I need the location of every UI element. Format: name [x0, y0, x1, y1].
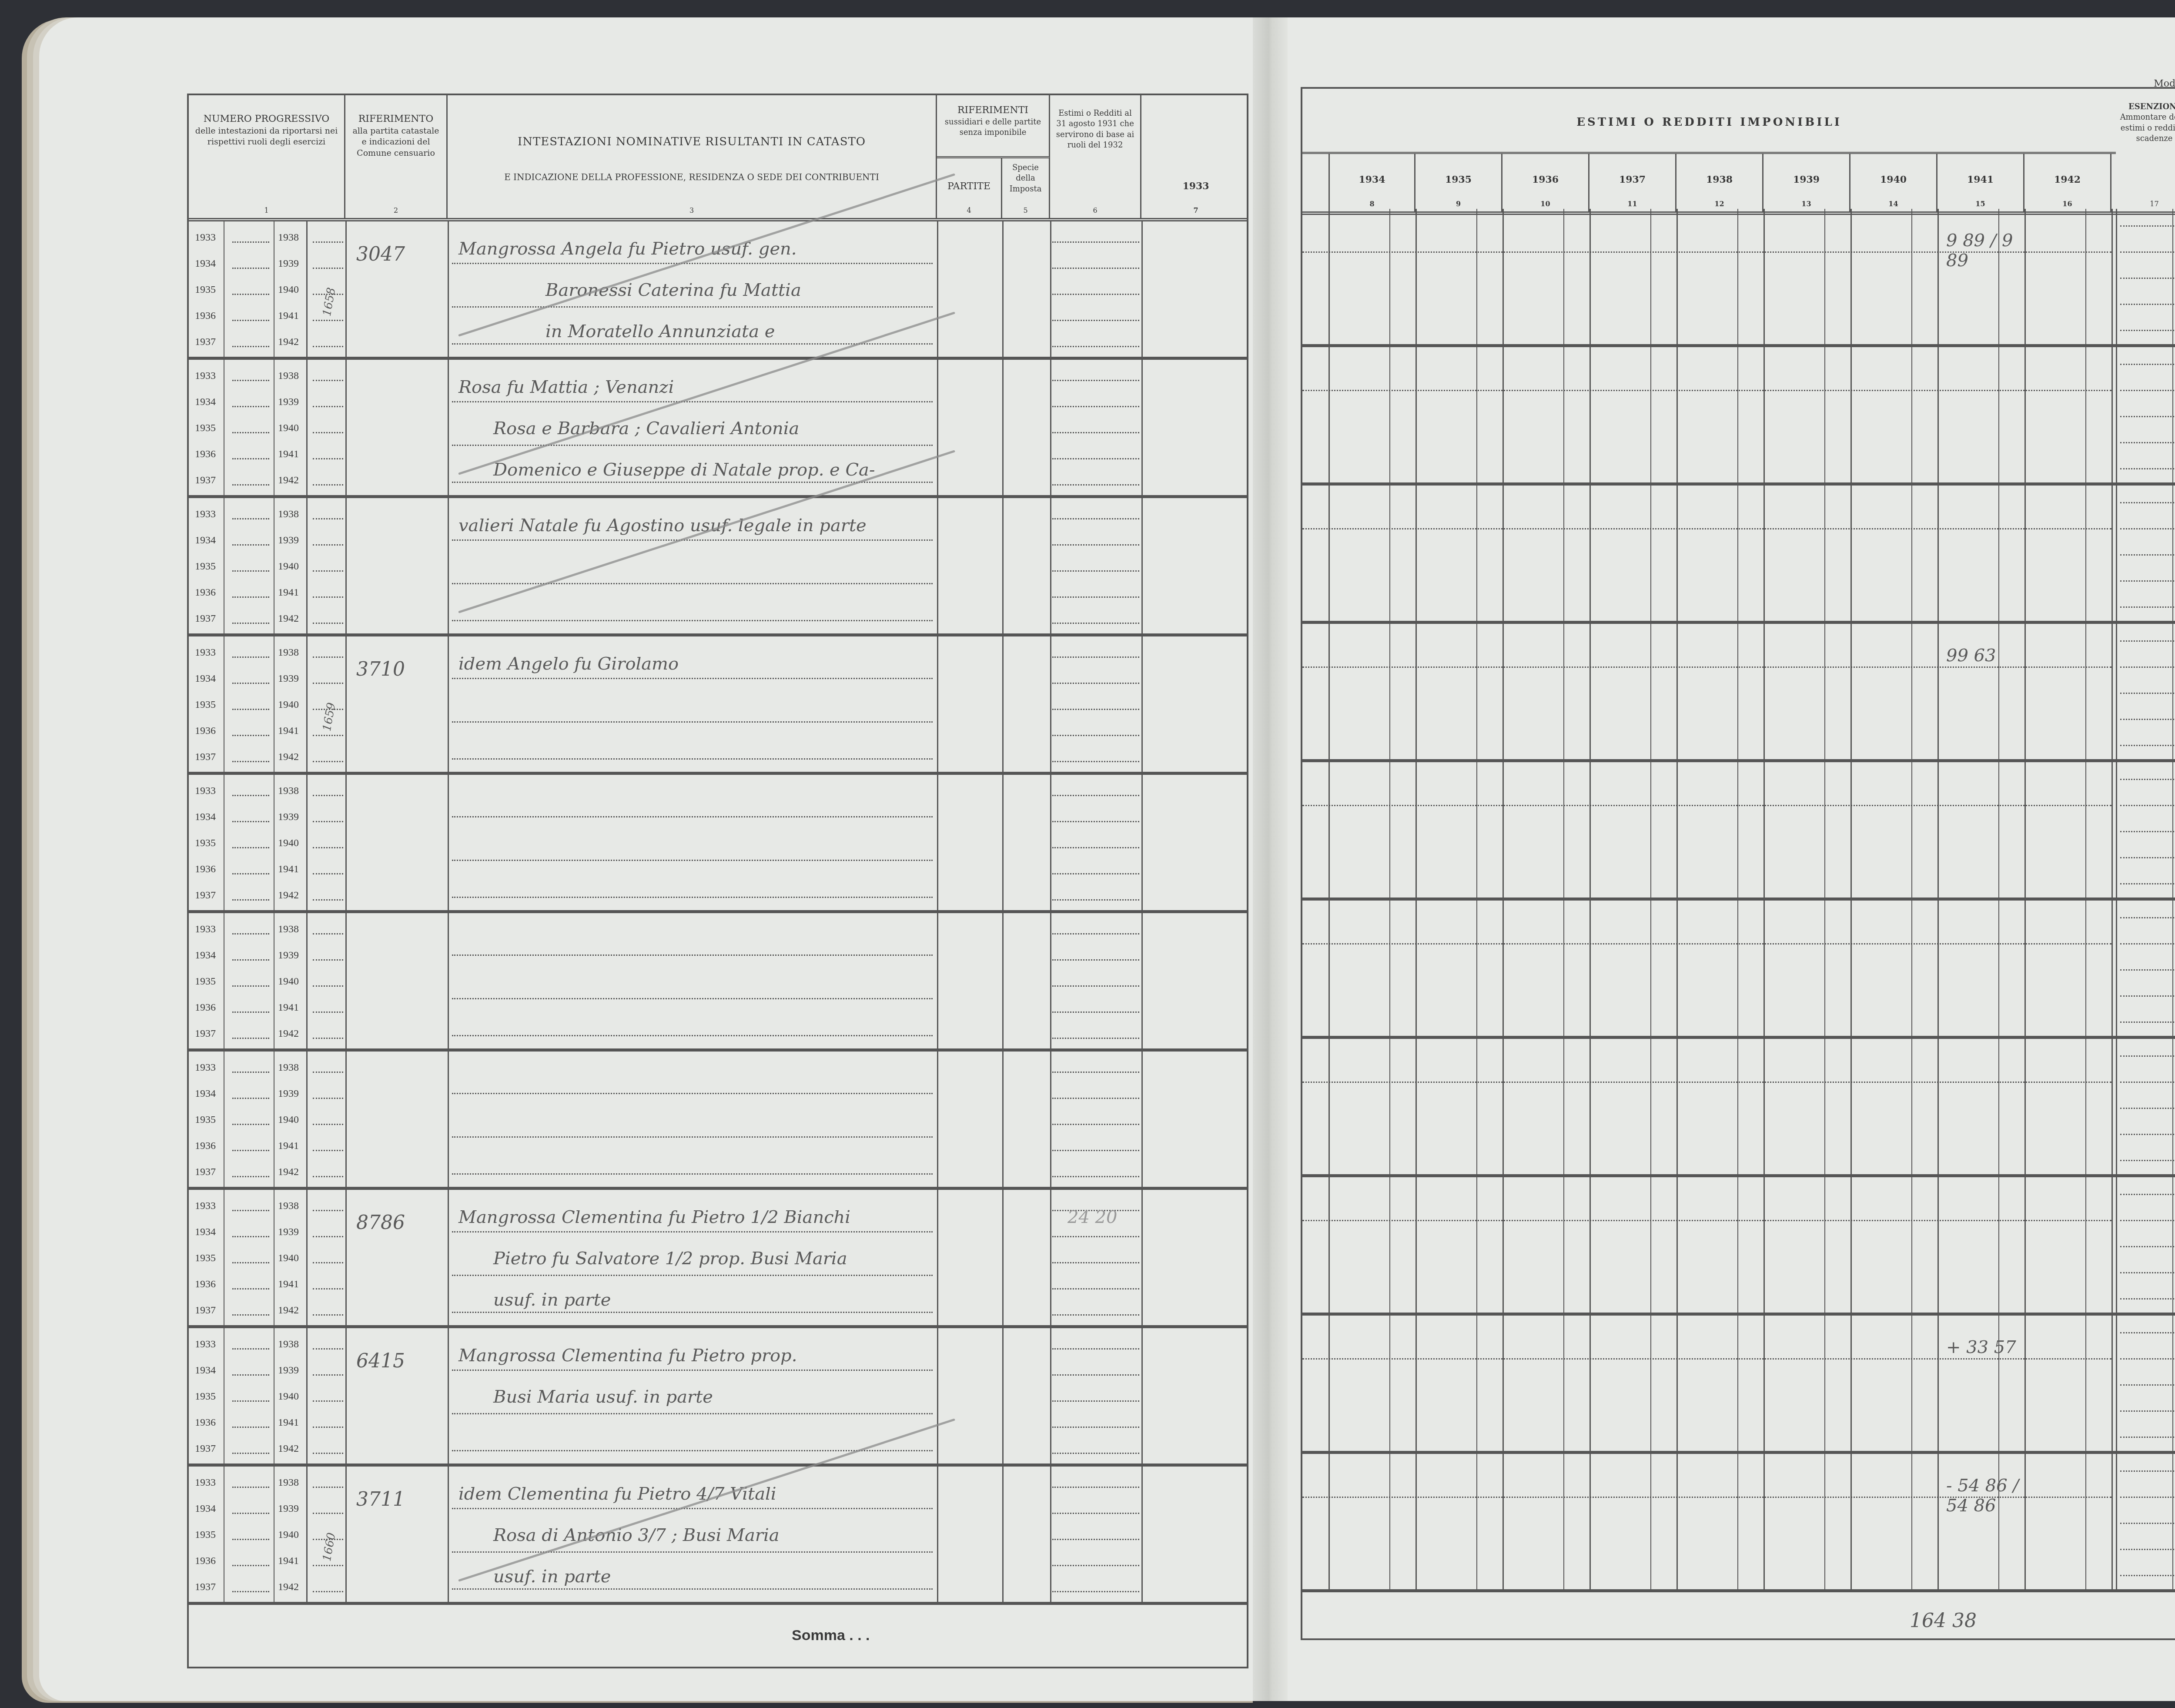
column-divider: [1763, 347, 1765, 482]
column-divider: [224, 775, 224, 910]
column-divider: [1676, 209, 1678, 344]
header-esenzioni: ESENZIONI Ammontare degli estimi o reddi…: [2116, 89, 2175, 211]
dotted-rule: [313, 873, 343, 874]
year-label: 1940: [1850, 174, 1936, 187]
column-divider: [1850, 1316, 1852, 1451]
column-divider: [1328, 1316, 1330, 1451]
dotted-rule: [232, 1348, 269, 1350]
year-to: 1939: [278, 1226, 299, 1238]
dotted-rule: [232, 1539, 269, 1540]
cents-divider: [2172, 1039, 2173, 1174]
column-divider: [937, 360, 938, 495]
cents-divider: [1650, 901, 1651, 1036]
column-divider: [1415, 624, 1417, 759]
dotted-rule: [1052, 432, 1139, 433]
dotted-rule: [232, 1262, 269, 1263]
dotted-rule: [452, 1093, 933, 1094]
column-divider: [1050, 1328, 1051, 1464]
year-to: 1940: [278, 1529, 299, 1541]
year-from: 1933: [195, 1200, 216, 1212]
dotted-rule: [313, 1487, 343, 1488]
cents-divider: [2085, 901, 2086, 1036]
dotted-rule: [1052, 484, 1139, 486]
dotted-rule: [2120, 606, 2175, 608]
dotted-rule: [1302, 805, 2111, 806]
year-from: 1935: [195, 1253, 216, 1264]
dotted-rule: [2120, 1021, 2175, 1023]
dotted-rule: [2120, 1575, 2175, 1576]
dotted-rule: [1052, 709, 1139, 710]
column-divider: [937, 1052, 938, 1187]
cents-divider: [1824, 624, 1825, 759]
dotted-rule: [1052, 320, 1139, 321]
dotted-rule: [1302, 390, 2111, 391]
column-number: 16: [2024, 199, 2110, 209]
year-from: 1937: [195, 475, 216, 486]
column-divider: [1502, 762, 1504, 898]
column-divider: [1502, 209, 1504, 344]
side-mark: 1660: [321, 1532, 338, 1562]
dotted-rule: [313, 1072, 343, 1073]
column-divider: [448, 1328, 449, 1464]
column-divider: [1589, 1177, 1591, 1313]
intestazione-line: Baronessi Caterina fu Mattia: [545, 280, 801, 300]
column-divider: [1937, 1177, 1939, 1313]
column-divider: [1141, 913, 1143, 1048]
year-from: 1933: [195, 1062, 216, 1074]
dotted-rule: [232, 959, 269, 961]
year-label: 1936: [1502, 174, 1588, 187]
dotted-rule: [452, 1231, 933, 1232]
column-divider: [2116, 1177, 2117, 1313]
dotted-rule: [2120, 745, 2175, 746]
dotted-rule: [1052, 933, 1139, 934]
column-divider: [448, 221, 449, 357]
cents-divider: [1911, 486, 1912, 621]
intestazione-line: Rosa fu Mattia ; Venanzi: [458, 377, 674, 397]
right-table: ESTIMI O REDDITI IMPONIBILI 193481935919…: [1301, 87, 2175, 1640]
dotted-rule: [232, 1176, 269, 1177]
entry-block: 1933193819341939193519401936194119371942…: [189, 360, 1247, 498]
dotted-rule: [1052, 241, 1139, 243]
year-from: 1934: [195, 1226, 216, 1238]
dotted-rule: [2120, 1055, 2175, 1057]
year-from: 1935: [195, 284, 216, 296]
entry-block: 1933193819341939193519401936194119371942…: [189, 498, 1247, 636]
dotted-rule: [1052, 1400, 1139, 1402]
dotted-rule: [2120, 1384, 2175, 1386]
column-divider: [937, 1190, 938, 1325]
dotted-rule: [452, 401, 933, 402]
column-divider: [345, 221, 347, 357]
cents-divider: [1389, 624, 1390, 759]
year-label: 1934: [1330, 174, 1414, 187]
year-from: 1937: [195, 1581, 216, 1593]
column-divider: [1050, 498, 1051, 633]
column-divider: [1589, 624, 1591, 759]
column-divider: [1002, 913, 1004, 1048]
year-to: 1940: [278, 284, 299, 296]
year-from: 1935: [195, 1529, 216, 1541]
dotted-rule: [2120, 304, 2175, 305]
side-mark: 1658: [321, 287, 338, 317]
column-divider: [1676, 1039, 1678, 1174]
column-divider: [345, 1190, 347, 1325]
column-divider: [1050, 913, 1051, 1048]
cents-divider: [1389, 1316, 1390, 1451]
dotted-rule: [452, 860, 933, 861]
header-year-1934: 19348: [1328, 154, 1415, 211]
total-1941-value: 164 38: [1910, 1610, 1977, 1632]
cents-divider: [2085, 1177, 2086, 1313]
year-to: 1942: [278, 613, 299, 625]
cents-divider: [2172, 1316, 2173, 1451]
cents-divider: [1737, 901, 1738, 1036]
cents-divider: [1650, 624, 1651, 759]
dotted-rule: [313, 795, 343, 796]
dotted-rule: [232, 458, 269, 459]
dotted-rule: [452, 539, 933, 541]
dotted-rule: [2120, 805, 2175, 806]
dotted-rule: [452, 1413, 933, 1414]
year-to: 1939: [278, 1088, 299, 1100]
column-divider: [1141, 1190, 1143, 1325]
column-divider: [345, 360, 347, 495]
cents-divider: [1650, 486, 1651, 621]
dotted-rule: [1052, 1591, 1139, 1592]
cents-divider: [2085, 486, 2086, 621]
year-from: 1936: [195, 310, 216, 322]
dotted-rule: [2120, 1549, 2175, 1550]
cents-divider: [1389, 347, 1390, 482]
dotted-rule: [1052, 1236, 1139, 1237]
column-number: 7: [1141, 206, 1250, 215]
column-number: 9: [1415, 199, 1501, 209]
column-divider: [2024, 901, 2026, 1036]
reddito-1941-value: - 54 86 / 54 86: [1946, 1476, 2033, 1516]
cents-divider: [1389, 762, 1390, 898]
dotted-rule: [2120, 995, 2175, 997]
cents-divider: [1998, 347, 1999, 482]
column-divider: [2116, 486, 2117, 621]
year-label: 1941: [1937, 174, 2023, 187]
column-divider: [2116, 209, 2117, 344]
dotted-rule: [313, 570, 343, 572]
dotted-rule: [1052, 1539, 1139, 1540]
cents-divider: [2172, 209, 2173, 344]
header-sub: E INDICAZIONE DELLA PROFESSIONE, RESIDEN…: [448, 171, 936, 183]
header-intestazioni: INTESTAZIONI NOMINATIVE RISULTANTI IN CA…: [448, 95, 937, 218]
dotted-rule: [1302, 528, 2111, 529]
entry-block: 1933193819341939193519401936194119371942…: [189, 636, 1247, 775]
cents-divider: [1563, 209, 1564, 344]
cents-divider: [1737, 1454, 1738, 1589]
dotted-rule: [1302, 1358, 2111, 1360]
cents-divider: [1563, 901, 1564, 1036]
column-divider: [306, 1190, 308, 1325]
column-divider: [274, 1190, 274, 1325]
cents-divider: [1389, 209, 1390, 344]
column-divider: [2116, 1316, 2117, 1451]
dotted-rule: [232, 241, 269, 243]
column-divider: [1328, 762, 1330, 898]
dotted-rule: [232, 1314, 269, 1316]
year-from: 1935: [195, 699, 216, 711]
intestazione-line: Mangrossa Clementina fu Pietro prop.: [458, 1346, 797, 1366]
dotted-rule: [232, 899, 269, 901]
column-number: 15: [1937, 199, 2023, 209]
dotted-rule: [2120, 1160, 2175, 1161]
dotted-rule: [2120, 580, 2175, 582]
dotted-rule: [313, 406, 343, 407]
dotted-rule: [232, 544, 269, 546]
column-divider: [1763, 486, 1765, 621]
cents-divider: [1476, 901, 1477, 1036]
year-to: 1942: [278, 1443, 299, 1455]
column-divider: [1763, 762, 1765, 898]
dotted-rule: [232, 380, 269, 381]
year-from: 1934: [195, 1365, 216, 1376]
intestazione-line: Busi Maria usuf. in parte: [493, 1387, 713, 1407]
column-divider: [448, 1052, 449, 1187]
dotted-rule: [232, 484, 269, 486]
dotted-rule: [1052, 1288, 1139, 1289]
year-label: 1939: [1763, 174, 1849, 187]
dotted-rule: [313, 1098, 343, 1099]
column-divider: [1328, 209, 1330, 344]
dotted-rule: [313, 432, 343, 433]
year-to: 1941: [278, 1555, 299, 1567]
column-divider: [2111, 209, 2113, 344]
column-divider: [1415, 209, 1417, 344]
column-divider: [345, 1052, 347, 1187]
year-to: 1941: [278, 1417, 299, 1429]
dotted-rule: [313, 380, 343, 381]
column-divider: [2024, 1177, 2026, 1313]
header-title: ESENZIONI: [2116, 102, 2175, 112]
column-divider: [1850, 624, 1852, 759]
dotted-rule: [313, 346, 343, 347]
year-from: 1936: [195, 864, 216, 875]
year-to: 1942: [278, 1028, 299, 1040]
dotted-rule: [2120, 693, 2175, 694]
header-title: Specie della Imposta: [1002, 163, 1049, 194]
dotted-rule: [452, 721, 933, 723]
header-estimi-group: ESTIMI O REDDITI IMPONIBILI: [1302, 89, 2116, 154]
column-divider: [1050, 221, 1051, 357]
column-divider: [306, 1052, 308, 1187]
column-divider: [1141, 1328, 1143, 1464]
dotted-rule: [313, 544, 343, 546]
column-number: 5: [1002, 206, 1049, 215]
year-to: 1939: [278, 673, 299, 685]
dotted-rule: [1052, 458, 1139, 459]
dotted-rule: [2120, 666, 2175, 668]
column-divider: [1328, 901, 1330, 1036]
column-divider: [1502, 1454, 1504, 1589]
year-to: 1942: [278, 890, 299, 901]
dotted-rule: [1052, 1565, 1139, 1566]
dotted-rule: [1302, 1220, 2111, 1221]
dotted-rule: [2120, 969, 2175, 971]
column-divider: [1050, 1190, 1051, 1325]
year-from: 1936: [195, 1555, 216, 1567]
year-from: 1935: [195, 561, 216, 573]
dotted-rule: [452, 1551, 933, 1553]
column-divider: [274, 1328, 274, 1464]
cents-divider: [1563, 347, 1564, 482]
year-label: 1938: [1676, 174, 1762, 187]
column-divider: [1502, 901, 1504, 1036]
column-divider: [1002, 221, 1004, 357]
dotted-rule: [452, 1275, 933, 1276]
header-sub: delle intestazioni da riportarsi nei ris…: [189, 126, 344, 148]
cents-divider: [1824, 1454, 1825, 1589]
column-divider: [2024, 624, 2026, 759]
column-divider: [1141, 498, 1143, 633]
column-divider: [1050, 775, 1051, 910]
column-divider: [1589, 486, 1591, 621]
year-from: 1936: [195, 449, 216, 460]
year-to: 1938: [278, 1477, 299, 1489]
column-divider: [1763, 1316, 1765, 1451]
dotted-rule: [1052, 899, 1139, 901]
column-divider: [224, 360, 224, 495]
column-divider: [1328, 1177, 1330, 1313]
column-divider: [1502, 1039, 1504, 1174]
dotted-rule: [2120, 416, 2175, 417]
year-from: 1937: [195, 1443, 216, 1455]
dotted-rule: [452, 998, 933, 999]
estimi-block: - 54 86 / 54 86: [1302, 1454, 2175, 1592]
cents-divider: [2085, 624, 2086, 759]
side-mark: 1659: [321, 702, 338, 732]
cents-divider: [1998, 1454, 1999, 1589]
entry-block: 1933193819341939193519401936194119371942: [189, 913, 1247, 1052]
column-divider: [1415, 762, 1417, 898]
year-to: 1939: [278, 811, 299, 823]
year-to: 1941: [278, 587, 299, 599]
dotted-rule: [1052, 570, 1139, 572]
cents-divider: [1911, 209, 1912, 344]
column-divider: [1050, 1467, 1051, 1602]
ledger-book: Mod. 111 - Imposte Dirette (Intercalare)…: [39, 17, 2175, 1701]
header-year-1936: 193610: [1502, 154, 1589, 211]
cents-divider: [1476, 209, 1477, 344]
dotted-rule: [1052, 596, 1139, 598]
column-divider: [2111, 1316, 2113, 1451]
year-to: 1941: [278, 1140, 299, 1152]
cents-divider: [1998, 624, 1999, 759]
cents-divider: [1998, 1039, 1999, 1174]
column-divider: [306, 775, 308, 910]
column-divider: [1141, 1052, 1143, 1187]
year-to: 1939: [278, 258, 299, 270]
dotted-rule: [2120, 1246, 2175, 1247]
year-to: 1938: [278, 924, 299, 935]
dotted-rule: [232, 1210, 269, 1211]
dotted-rule: [1052, 821, 1139, 822]
column-divider: [1002, 498, 1004, 633]
column-divider: [2024, 762, 2026, 898]
cents-divider: [1650, 1039, 1651, 1174]
dotted-rule: [2120, 225, 2175, 227]
cents-divider: [1563, 1177, 1564, 1313]
column-divider: [1937, 347, 1939, 482]
dotted-rule: [2120, 1194, 2175, 1195]
column-divider: [274, 360, 274, 495]
column-divider: [1763, 1039, 1765, 1174]
year-from: 1937: [195, 1305, 216, 1316]
intestazione-line: Domenico e Giuseppe di Natale prop. e Ca…: [493, 460, 875, 480]
column-divider: [345, 636, 347, 772]
dotted-rule: [1052, 268, 1139, 269]
dotted-rule: [1052, 1176, 1139, 1177]
cents-divider: [2085, 1316, 2086, 1451]
column-number: 17: [2116, 199, 2175, 209]
dotted-rule: [232, 683, 269, 684]
column-divider: [345, 913, 347, 1048]
dotted-rule: [452, 678, 933, 679]
dotted-rule: [232, 1124, 269, 1125]
year-to: 1941: [278, 725, 299, 737]
dotted-rule: [452, 583, 933, 584]
column-divider: [1415, 901, 1417, 1036]
dotted-rule: [1052, 1487, 1139, 1488]
year-to: 1938: [278, 647, 299, 659]
dotted-rule: [313, 735, 343, 736]
cents-divider: [2172, 1177, 2173, 1313]
column-divider: [306, 221, 308, 357]
year-to: 1938: [278, 785, 299, 797]
dotted-rule: [2120, 1082, 2175, 1083]
column-divider: [1850, 209, 1852, 344]
column-divider: [1589, 209, 1591, 344]
cents-divider: [1911, 347, 1912, 482]
dotted-rule: [313, 959, 343, 961]
dotted-rule: [232, 1400, 269, 1402]
cents-divider: [1737, 762, 1738, 898]
dotted-rule: [313, 1348, 343, 1350]
cents-divider: [1911, 1039, 1912, 1174]
dotted-rule: [232, 656, 269, 658]
column-divider: [2024, 1316, 2026, 1451]
cents-divider: [1476, 1316, 1477, 1451]
year-from: 1935: [195, 1391, 216, 1403]
dotted-rule: [452, 1588, 933, 1590]
reddito-1941-value: + 33 57: [1946, 1337, 2033, 1357]
column-divider: [1141, 360, 1143, 495]
estimi-block: [1302, 1039, 2175, 1177]
dotted-rule: [452, 445, 933, 446]
year-to: 1938: [278, 1200, 299, 1212]
dotted-rule: [232, 1453, 269, 1454]
column-number: 14: [1850, 199, 1936, 209]
dotted-rule: [232, 596, 269, 598]
column-divider: [2116, 1454, 2117, 1589]
column-divider: [1763, 624, 1765, 759]
dotted-rule: [452, 1136, 933, 1138]
column-divider: [1763, 1177, 1765, 1313]
year-to: 1940: [278, 422, 299, 434]
cents-divider: [2085, 1454, 2086, 1589]
dotted-rule: [313, 1150, 343, 1151]
column-divider: [2111, 624, 2113, 759]
cents-divider: [1389, 1177, 1390, 1313]
year-from: 1934: [195, 1503, 216, 1515]
dotted-rule: [1052, 985, 1139, 987]
column-divider: [448, 360, 449, 495]
